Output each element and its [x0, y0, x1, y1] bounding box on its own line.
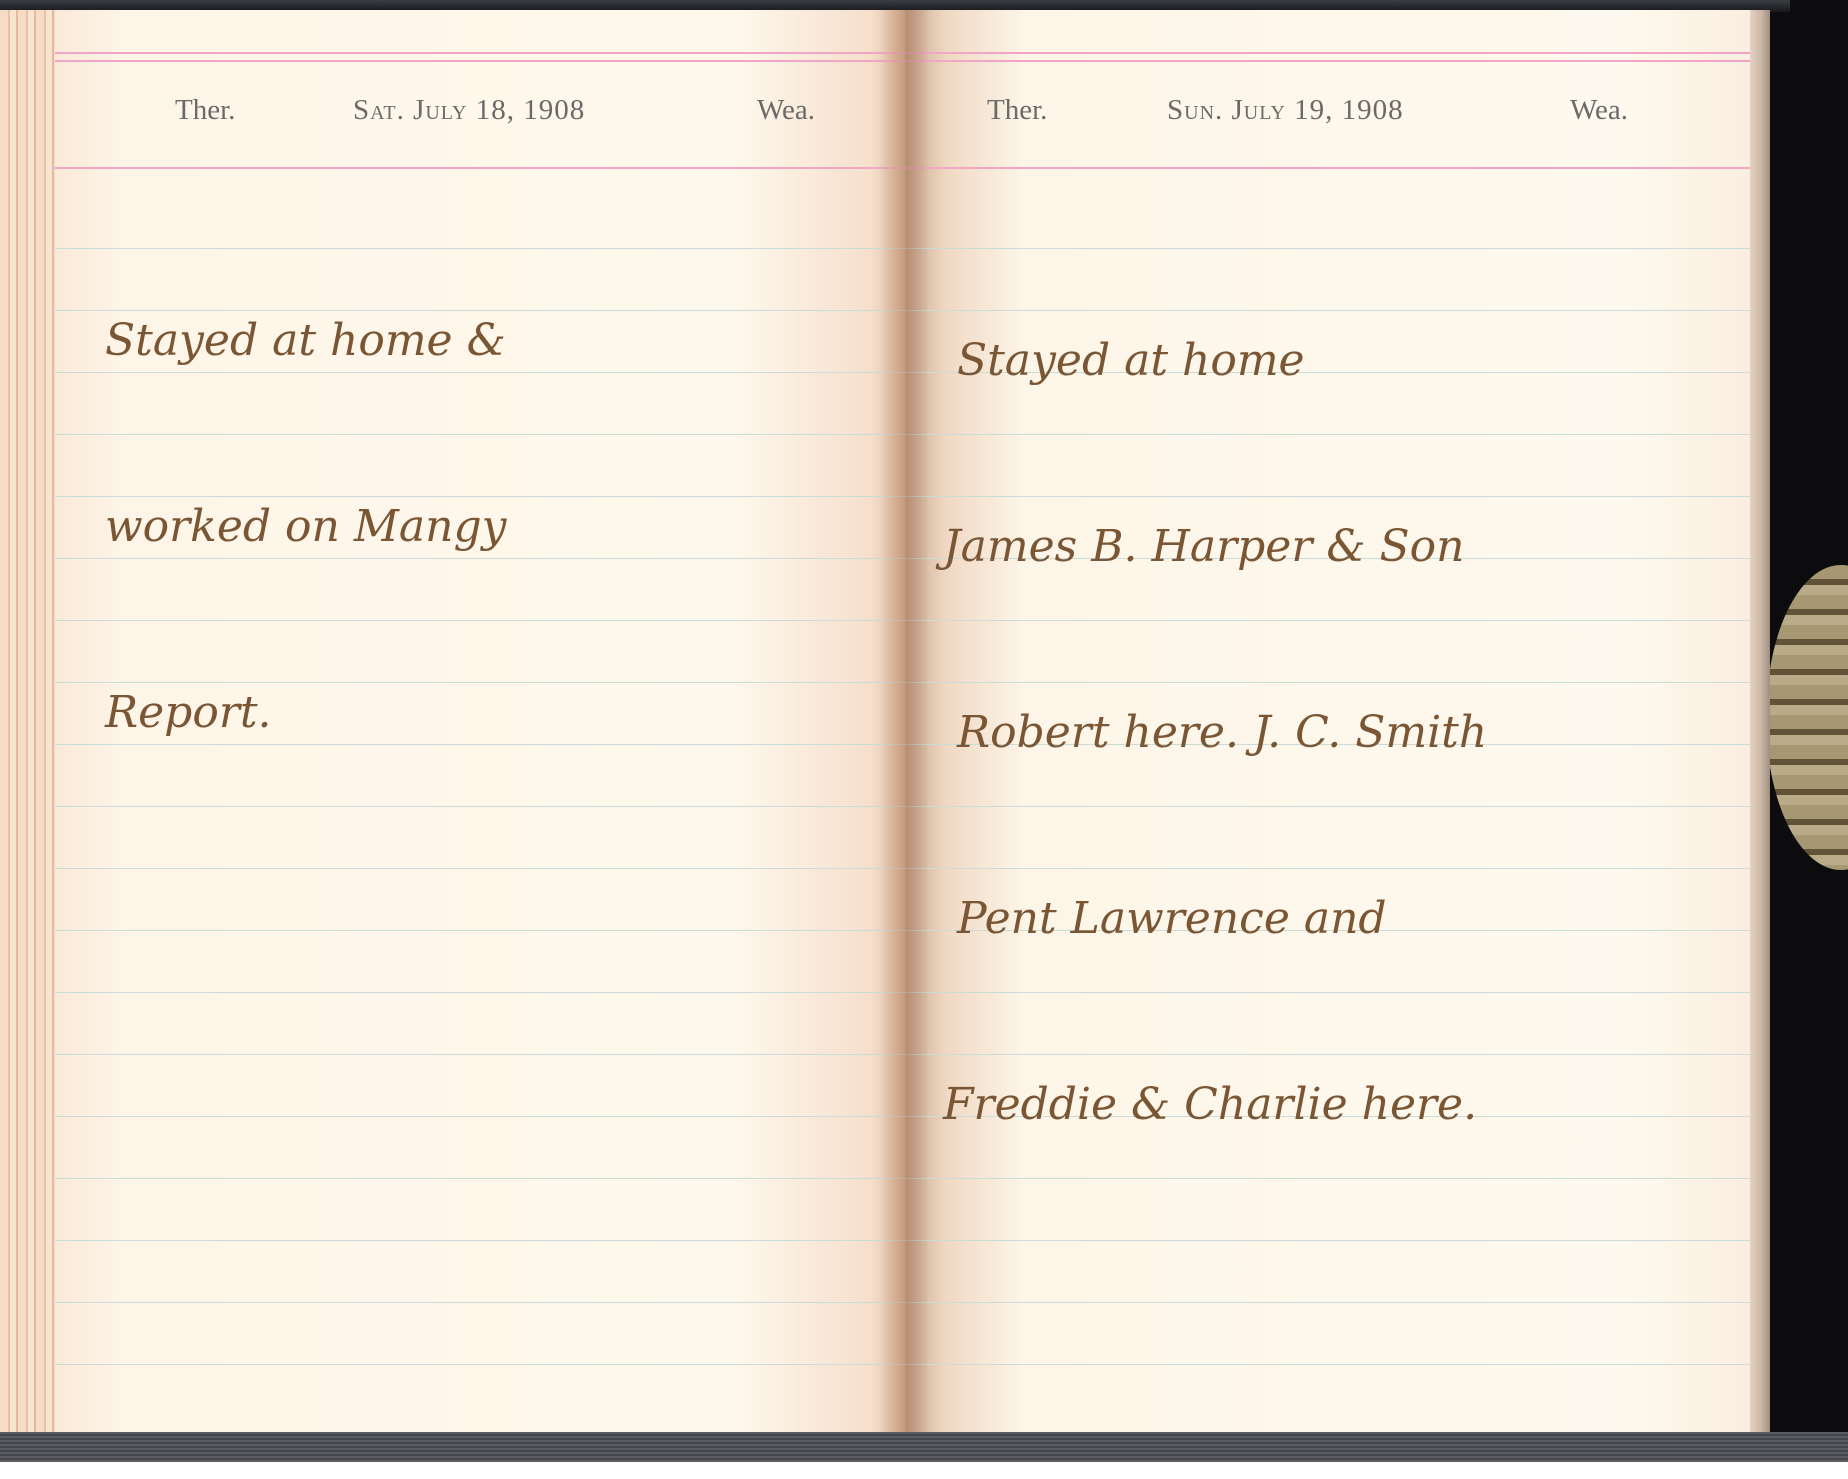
page-date: Sun. July 19, 1908 [1167, 94, 1404, 127]
entry-line: James B. Harper & Son [943, 516, 1750, 578]
header-top-rule-double [905, 60, 1750, 62]
page-date: Sat. July 18, 1908 [353, 94, 585, 127]
entry-line: Report. [105, 682, 905, 744]
left-page: Ther. Sat. July 18, 1908 Wea. Stayed at … [55, 10, 905, 1432]
right-page-stack-edge [1748, 10, 1770, 1432]
weather-label: Wea. [757, 94, 815, 127]
header-top-rule-double [55, 60, 905, 62]
entry-line: Pent Lawrence and [943, 888, 1750, 950]
header-bottom-rule [55, 167, 905, 169]
handwritten-entry: Stayed at home & worked on Mangy Report. [105, 186, 905, 868]
header-top-rule [905, 52, 1750, 54]
entry-line: Freddie & Charlie here. [943, 1074, 1750, 1136]
entry-line: Stayed at home & [105, 310, 905, 372]
cover-bottom-edge [0, 1432, 1848, 1462]
header-top-rule [55, 52, 905, 54]
weather-label: Wea. [1570, 94, 1628, 127]
right-page-header: Ther. Sun. July 19, 1908 Wea. [905, 94, 1750, 134]
entry-line: Robert here. J. C. Smith [943, 702, 1750, 764]
entry-line: Stayed at home [943, 330, 1750, 392]
thermometer-label: Ther. [987, 94, 1047, 127]
header-bottom-rule [905, 167, 1750, 169]
handwritten-entry: Stayed at home James B. Harper & Son Rob… [943, 206, 1750, 1260]
left-page-header: Ther. Sat. July 18, 1908 Wea. [55, 94, 905, 134]
entry-line: worked on Mangy [105, 496, 905, 558]
thermometer-label: Ther. [175, 94, 235, 127]
left-page-stack-edge [0, 10, 58, 1434]
right-page: Ther. Sun. July 19, 1908 Wea. Stayed at … [905, 10, 1750, 1432]
